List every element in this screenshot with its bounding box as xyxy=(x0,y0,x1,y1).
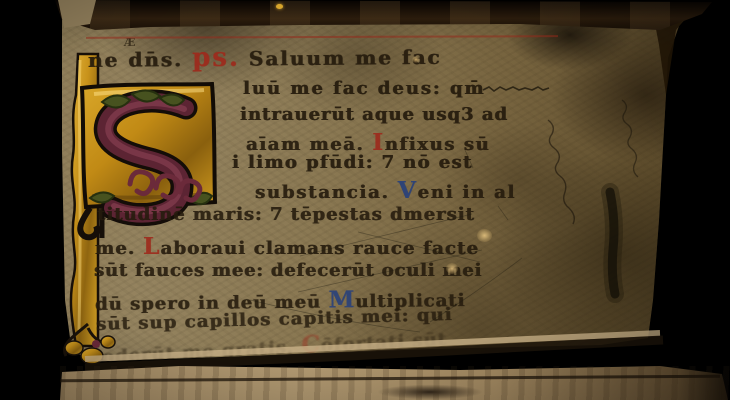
marginalia-and-folds xyxy=(0,0,730,400)
hairline-scratches xyxy=(250,150,522,332)
manuscript-photo: Æ ne dn̄s. ps. Saluum me fac luū me fac … xyxy=(0,0,730,400)
cursive-inscription-edge xyxy=(622,100,638,177)
cursive-inscription-diagonal xyxy=(548,120,574,224)
gold-fleck xyxy=(276,4,283,9)
leaf-edge-veins xyxy=(60,366,730,400)
scribble-top-right xyxy=(483,87,549,91)
ink-streak-halo xyxy=(610,192,615,294)
